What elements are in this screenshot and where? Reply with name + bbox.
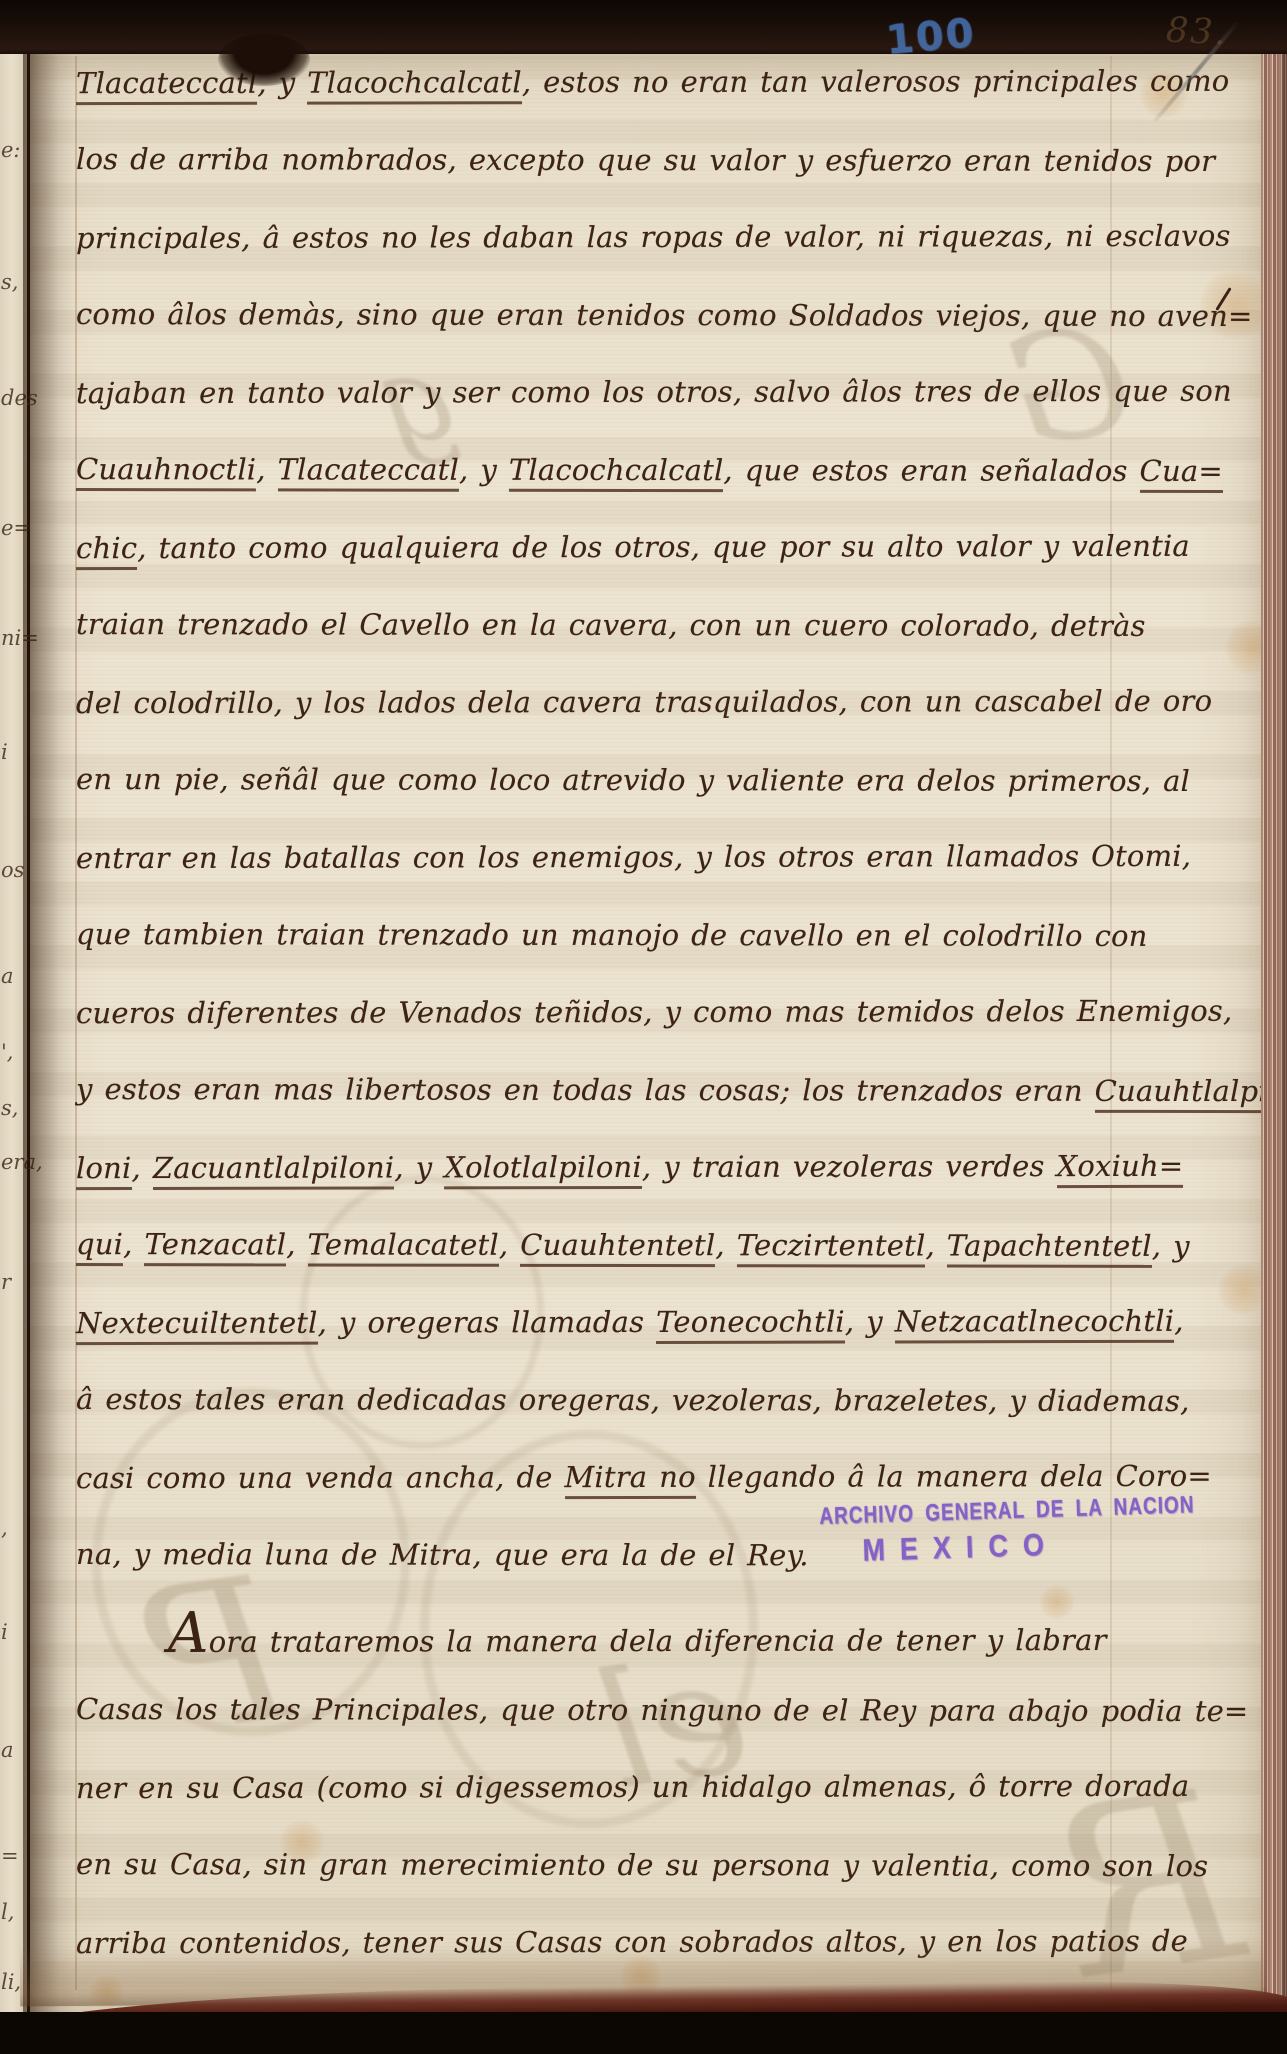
manuscript-segment: , y <box>845 1304 895 1338</box>
manuscript-segment: , <box>123 1227 144 1261</box>
manuscript-segment: del colodrillo, y los lados dela cavera … <box>76 684 1212 720</box>
underlined-term: Netzacatlnecochtli <box>895 1304 1175 1344</box>
underlined-term: Tlacateccatl <box>278 452 459 491</box>
manuscript-line: como âlos demàs, sino que eran tenidos c… <box>62 276 1192 355</box>
manuscript-line: loni, Zacuantlalpiloni, y Xolotlalpiloni… <box>62 1128 1192 1208</box>
underlined-term: Teczirtentetl <box>737 1228 926 1267</box>
manuscript-line: cueros diferentes de Venados teñidos, y … <box>62 973 1192 1053</box>
underlined-term: Tlacochcalcatl <box>307 65 522 104</box>
facing-page-text-fragment: = <box>1 1844 19 1868</box>
facing-page-text-fragment: i <box>1 740 8 764</box>
manuscript-line: del colodrillo, y los lados dela cavera … <box>62 663 1192 743</box>
facing-page-text-fragment: a <box>1 964 14 988</box>
underlined-term: Mitra no <box>564 1460 695 1499</box>
manuscript-line: Casas los tales Principales, que otro ni… <box>62 1671 1192 1750</box>
manuscript-line: en un pie, señâl que como loco atrevido … <box>62 741 1192 820</box>
manuscript-line: â estos tales eran dedicadas oregeras, v… <box>62 1361 1192 1440</box>
manuscript-line: los de arriba nombrados, excepto que su … <box>62 121 1192 200</box>
manuscript-segment: que tambien traian trenzado un manojo de… <box>76 917 1148 953</box>
manuscript-segment: na, y media luna de Mitra, que era la de… <box>76 1537 809 1572</box>
underlined-term: Tapachtentetl <box>947 1228 1152 1267</box>
manuscript-segment: Casas los tales Principales, que otro ni… <box>76 1692 1249 1728</box>
manuscript-segment: , y <box>394 1150 444 1184</box>
manuscript-segment: , <box>925 1228 946 1262</box>
facing-page-text-fragment: s, <box>1 270 18 294</box>
facing-page-text-fragment: os <box>1 858 24 882</box>
manuscript-line: en su Casa, sin gran merecimiento de su … <box>62 1826 1192 1905</box>
facing-page-text-fragment: a <box>1 1738 14 1762</box>
underlined-term: Cuauhtentetl <box>520 1227 715 1266</box>
manuscript-line: chic, tanto como qualquiera de los otros… <box>62 508 1192 588</box>
underlined-term: Tenzacatl <box>144 1227 286 1266</box>
book-fore-edge <box>1261 46 1287 2040</box>
book-binding-bottom <box>0 2012 1287 2054</box>
manuscript-segment: , <box>131 1151 152 1185</box>
underlined-term: Temalacatetl <box>308 1227 499 1266</box>
underlined-term: Zacuantlalpiloni <box>153 1150 395 1190</box>
manuscript-line: traian trenzado el Cavello en la cavera,… <box>62 586 1192 665</box>
facing-page-text-fragment: ', <box>1 1040 13 1064</box>
manuscript-page-scan: e:s,dese=ni=iosa',s,era,r,ia=l,li,i; R G… <box>0 0 1287 2054</box>
underlined-term: Teonecochtli <box>656 1305 845 1344</box>
underlined-term: Xoxiuh= <box>1056 1149 1183 1188</box>
manuscript-segment: entrar en las batallas con los enemigos,… <box>76 839 1191 875</box>
underlined-term: Cuauhnoctli <box>76 452 256 491</box>
manuscript-line: y estos eran mas libertosos en todas las… <box>62 1051 1192 1130</box>
manuscript-segment: en su Casa, sin gran merecimiento de su … <box>76 1847 1208 1883</box>
facing-page-text-fragment: r <box>1 1270 11 1294</box>
manuscript-segment: , y oregeras llamadas <box>318 1305 657 1340</box>
manuscript-line: que tambien traian trenzado un manojo de… <box>62 896 1192 975</box>
manuscript-text: Tlacateccatl, y Tlacochcalcatl, estos no… <box>62 44 1192 1982</box>
underlined-term: Nextecuiltentetl <box>76 1306 318 1346</box>
facing-page-text-fragment: l, <box>1 1900 14 1924</box>
underlined-term: chic <box>76 531 137 570</box>
manuscript-segment: los de arriba nombrados, excepto que su … <box>76 142 1215 178</box>
manuscript-segment: , <box>286 1227 307 1261</box>
facing-page-text-fragment: li, <box>1 1970 21 1994</box>
facing-page-text-fragment: , <box>1 1516 8 1540</box>
underlined-term: Tlacochcalcatl <box>509 452 724 491</box>
manuscript-segment: Aora trataremos la manera dela diferenci… <box>168 1623 1107 1659</box>
manuscript-line: Aora trataremos la manera dela diferenci… <box>62 1593 1192 1673</box>
underlined-term: Cuauhtlalpi= <box>1095 1073 1287 1112</box>
manuscript-segment: y estos eran mas libertosos en todas las… <box>76 1072 1095 1108</box>
manuscript-line: Cuauhnoctli, Tlacateccatl, y Tlacochcalc… <box>62 431 1192 510</box>
manuscript-line: Nextecuiltentetl, y oregeras llamadas Te… <box>62 1283 1192 1363</box>
facing-page-text-fragment: e: <box>1 138 21 162</box>
manuscript-segment: principales, â estos no les daban las ro… <box>76 219 1231 255</box>
manuscript-segment: , y <box>459 452 509 486</box>
book-binding-top <box>0 0 1287 54</box>
manuscript-segment: , <box>256 452 277 486</box>
underlined-term: qui <box>76 1227 123 1266</box>
underlined-term: Cua= <box>1140 453 1223 492</box>
manuscript-segment: , tanto como qualquiera de los otros, qu… <box>137 529 1190 565</box>
underlined-term: Xolotlalpiloni <box>444 1150 642 1189</box>
archive-stamp: ARCHIVO GENERAL DE LA NACION MEXICO <box>819 1497 1127 1568</box>
manuscript-line: tajaban en tanto valor y ser como los ot… <box>62 353 1192 433</box>
binding-stain <box>218 34 310 86</box>
facing-page-text-fragment: s, <box>1 1096 18 1120</box>
manuscript-segment: en un pie, señâl que como loco atrevido … <box>76 762 1190 798</box>
manuscript-segment: , estos no eran tan valerosos principale… <box>522 64 1230 99</box>
manuscript-segment: , que estos eran señalados <box>723 453 1139 488</box>
archival-number-blue-pencil: 100 <box>884 10 977 64</box>
manuscript-line: qui, Tenzacatl, Temalacatetl, Cuauhtente… <box>62 1206 1192 1285</box>
underlined-term: loni <box>76 1151 132 1190</box>
manuscript-segment: traian trenzado el Cavello en la cavera,… <box>76 607 1146 643</box>
manuscript-segment: como âlos demàs, sino que eran tenidos c… <box>76 297 1253 333</box>
manuscript-segment: , y traian vezoleras verdes <box>642 1149 1057 1184</box>
manuscript-line: entrar en las batallas con los enemigos,… <box>62 818 1192 898</box>
manuscript-segment: ner en su Casa (como si digessemos) un h… <box>76 1769 1189 1805</box>
manuscript-segment: , <box>1174 1304 1183 1338</box>
manuscript-segment: , y <box>1152 1228 1190 1262</box>
manuscript-segment: , <box>499 1227 520 1261</box>
manuscript-segment: â estos tales eran dedicadas oregeras, v… <box>76 1382 1190 1418</box>
manuscript-line: ner en su Casa (como si digessemos) un h… <box>62 1748 1192 1828</box>
manuscript-segment: cueros diferentes de Venados teñidos, y … <box>76 994 1232 1030</box>
manuscript-segment: casi como una venda ancha, de <box>76 1460 565 1495</box>
manuscript-segment: tajaban en tanto valor y ser como los ot… <box>76 374 1232 410</box>
manuscript-segment: llegando â la manera dela Coro= <box>696 1459 1212 1494</box>
manuscript-line: principales, â estos no les daban las ro… <box>62 198 1192 278</box>
manuscript-segment: , <box>715 1228 736 1262</box>
facing-page-text-fragment: i <box>1 1620 8 1644</box>
